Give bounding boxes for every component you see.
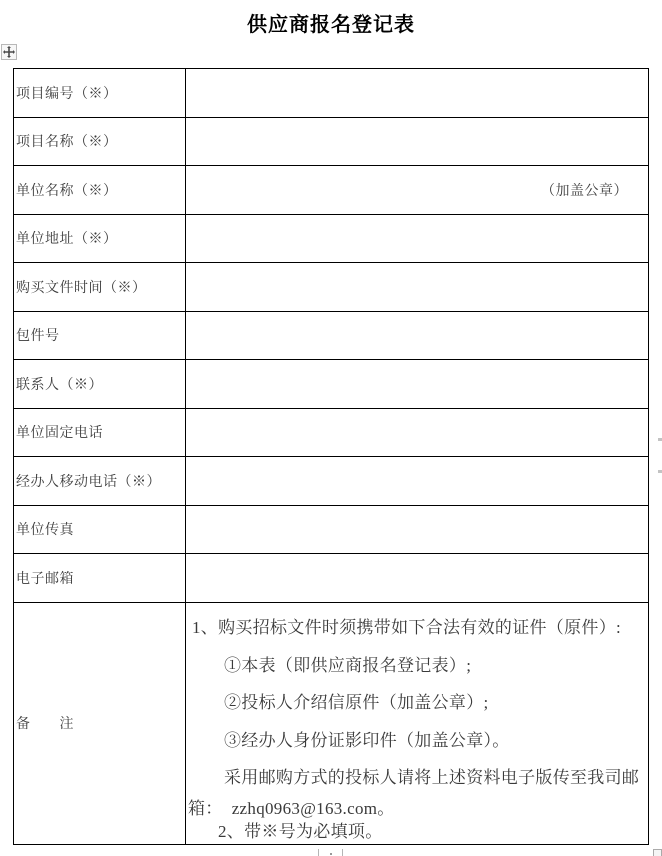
field-label-project-name: 项目名称（※） xyxy=(14,117,186,166)
table-row: 项目编号（※） xyxy=(14,69,649,118)
dot-icon xyxy=(330,853,332,855)
field-label-contact-person: 联系人（※） xyxy=(14,360,186,409)
field-value-company-name-stamp-note[interactable]: （加盖公章） xyxy=(186,166,649,215)
field-label-purchase-time: 购买文件时间（※） xyxy=(14,263,186,312)
field-value-company-fax[interactable] xyxy=(186,505,649,554)
table-row: 购买文件时间（※） xyxy=(14,263,649,312)
registration-form-table: 项目编号（※） 项目名称（※） 单位名称（※） （加盖公章） 单位地址（※） 购… xyxy=(13,68,649,845)
field-value-package-number[interactable] xyxy=(186,311,649,360)
word-document-page: { "page": { "title": "供应商报名登记表" }, "icon… xyxy=(0,0,662,856)
table-row: 单位固定电话 xyxy=(14,408,649,457)
field-value-contact-person[interactable] xyxy=(186,360,649,409)
table-move-handle[interactable] xyxy=(1,44,17,60)
remarks-line-4: ③经办人身份证影印件（加盖公章）。 xyxy=(186,730,648,752)
field-value-company-phone[interactable] xyxy=(186,408,649,457)
remarks-line-5: 采用邮购方式的投标人请将上述资料电子版传至我司邮 xyxy=(186,767,648,789)
field-value-agent-mobile[interactable] xyxy=(186,457,649,506)
field-label-company-fax: 单位传真 xyxy=(14,505,186,554)
scrollbar-fragment xyxy=(658,470,662,473)
table-row: 包件号 xyxy=(14,311,649,360)
table-row: 项目名称（※） xyxy=(14,117,649,166)
table-row: 电子邮箱 xyxy=(14,554,649,603)
field-label-company-address: 单位地址（※） xyxy=(14,214,186,263)
move-arrows-icon xyxy=(3,46,15,58)
field-label-package-number: 包件号 xyxy=(14,311,186,360)
field-label-email: 电子邮箱 xyxy=(14,554,186,603)
remarks-line-1: 1、购买招标文件时须携带如下合法有效的证件（原件）: xyxy=(186,617,648,639)
field-label-company-name: 单位名称（※） xyxy=(14,166,186,215)
field-value-purchase-time[interactable] xyxy=(186,263,649,312)
field-value-project-name[interactable] xyxy=(186,117,649,166)
field-label-agent-mobile: 经办人移动电话（※） xyxy=(14,457,186,506)
page-title: 供应商报名登记表 xyxy=(0,8,662,37)
scrollbar-fragment xyxy=(658,438,662,441)
remarks-line-2: ①本表（即供应商报名登记表）; xyxy=(186,655,648,677)
remarks-line-3: ②投标人介绍信原件（加盖公章）; xyxy=(186,692,648,714)
bottom-partial-control xyxy=(318,849,343,856)
table-row: 单位地址（※） xyxy=(14,214,649,263)
table-row: 经办人移动电话（※） xyxy=(14,457,649,506)
remarks-content: 1、购买招标文件时须携带如下合法有效的证件（原件）: ①本表（即供应商报名登记表… xyxy=(186,602,649,844)
remarks-line-required-note: 2、带※号为必填项。 xyxy=(186,821,648,843)
remarks-label: 备 注 xyxy=(14,602,186,844)
table-row: 联系人（※） xyxy=(14,360,649,409)
field-value-email[interactable] xyxy=(186,554,649,603)
remarks-line-email: 箱： zzhq0963@163.com。 xyxy=(186,798,648,820)
field-label-company-phone: 单位固定电话 xyxy=(14,408,186,457)
field-label-project-number: 项目编号（※） xyxy=(14,69,186,118)
table-row-remarks: 备 注 1、购买招标文件时须携带如下合法有效的证件（原件）: ①本表（即供应商报… xyxy=(14,602,649,844)
field-value-project-number[interactable] xyxy=(186,69,649,118)
field-value-company-address[interactable] xyxy=(186,214,649,263)
table-row: 单位名称（※） （加盖公章） xyxy=(14,166,649,215)
table-resize-handle[interactable] xyxy=(653,849,662,856)
table-row: 单位传真 xyxy=(14,505,649,554)
